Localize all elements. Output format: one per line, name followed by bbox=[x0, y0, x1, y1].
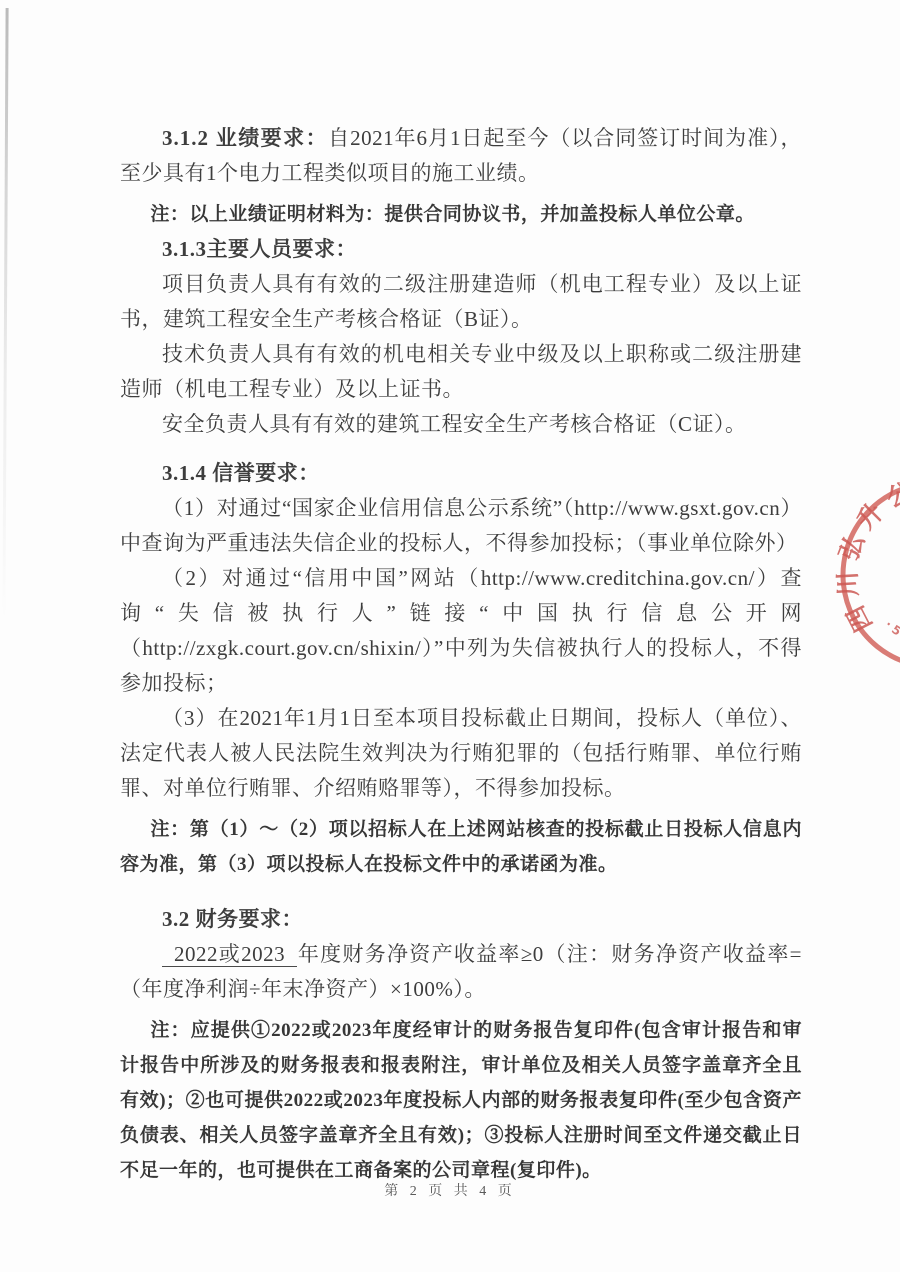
heading-3-1-2: 3.1.2 业绩要求： bbox=[162, 126, 328, 150]
seal-arc-text: 四川弘升公路工程 bbox=[825, 465, 900, 637]
heading-3-1-4: 3.1.4 信誉要求： bbox=[120, 456, 802, 491]
para-credit-item-3: （3）在2021年1月1日至本项目投标截止日期间，投标人（单位）、法定代表人被人… bbox=[120, 701, 802, 806]
para-safety-manager: 安全负责人具有有效的建筑工程安全生产考核合格证（C证）。 bbox=[120, 407, 802, 442]
para-financial-requirement: 2022或2023年度财务净资产收益率≥0（注：财务净资产收益率=（年度净利润÷… bbox=[120, 937, 802, 1007]
para-credit-item-1: （1）对通过“国家企业信用信息公示系统”（http://www.gsxt.gov… bbox=[120, 491, 802, 561]
heading-3-2: 3.2 财务要求： bbox=[120, 902, 802, 937]
note-financial-documents: 注：应提供①2022或2023年度经审计的财务报告复印件(包含审计报告和审计报告… bbox=[120, 1013, 802, 1188]
para-performance-requirement: 3.1.2 业绩要求：自2021年6月1日起至今（以合同签订时间为准），至少具有… bbox=[120, 121, 802, 191]
note-performance-proof: 注：以上业绩证明材料为：提供合同协议书，并加盖投标人单位公章。 bbox=[120, 197, 802, 232]
document-page: 3.1.2 业绩要求：自2021年6月1日起至今（以合同签订时间为准），至少具有… bbox=[0, 0, 900, 1272]
underlined-years: 2022或2023 bbox=[162, 942, 297, 967]
document-body: 3.1.2 业绩要求：自2021年6月1日起至今（以合同签订时间为准），至少具有… bbox=[120, 121, 802, 1188]
para-credit-item-2: （2）对通过“信用中国”网站（http://www.creditchina.go… bbox=[120, 561, 802, 701]
seal-code-text: ·51018 bbox=[881, 612, 900, 655]
scan-artifact-line bbox=[2, 8, 8, 620]
heading-3-1-3: 3.1.3主要人员要求： bbox=[120, 232, 802, 267]
footer-page-number: 第 2 页 共 4 页 bbox=[0, 1180, 900, 1200]
para-technical-manager: 技术负责人具有有效的机电相关专业中级及以上职称或二级注册建造师（机电工程专业）及… bbox=[120, 337, 802, 407]
note-credit-verification: 注：第（1）～（2）项以招标人在上述网站核查的投标截止日投标人信息内容为准，第（… bbox=[120, 812, 802, 882]
seal-ring bbox=[834, 474, 900, 676]
para-project-manager: 项目负责人具有有效的二级注册建造师（机电工程专业）及以上证书，建筑工程安全生产考… bbox=[120, 267, 802, 337]
official-seal-stamp: 四川弘升公路工程 ·51018 bbox=[825, 465, 900, 685]
